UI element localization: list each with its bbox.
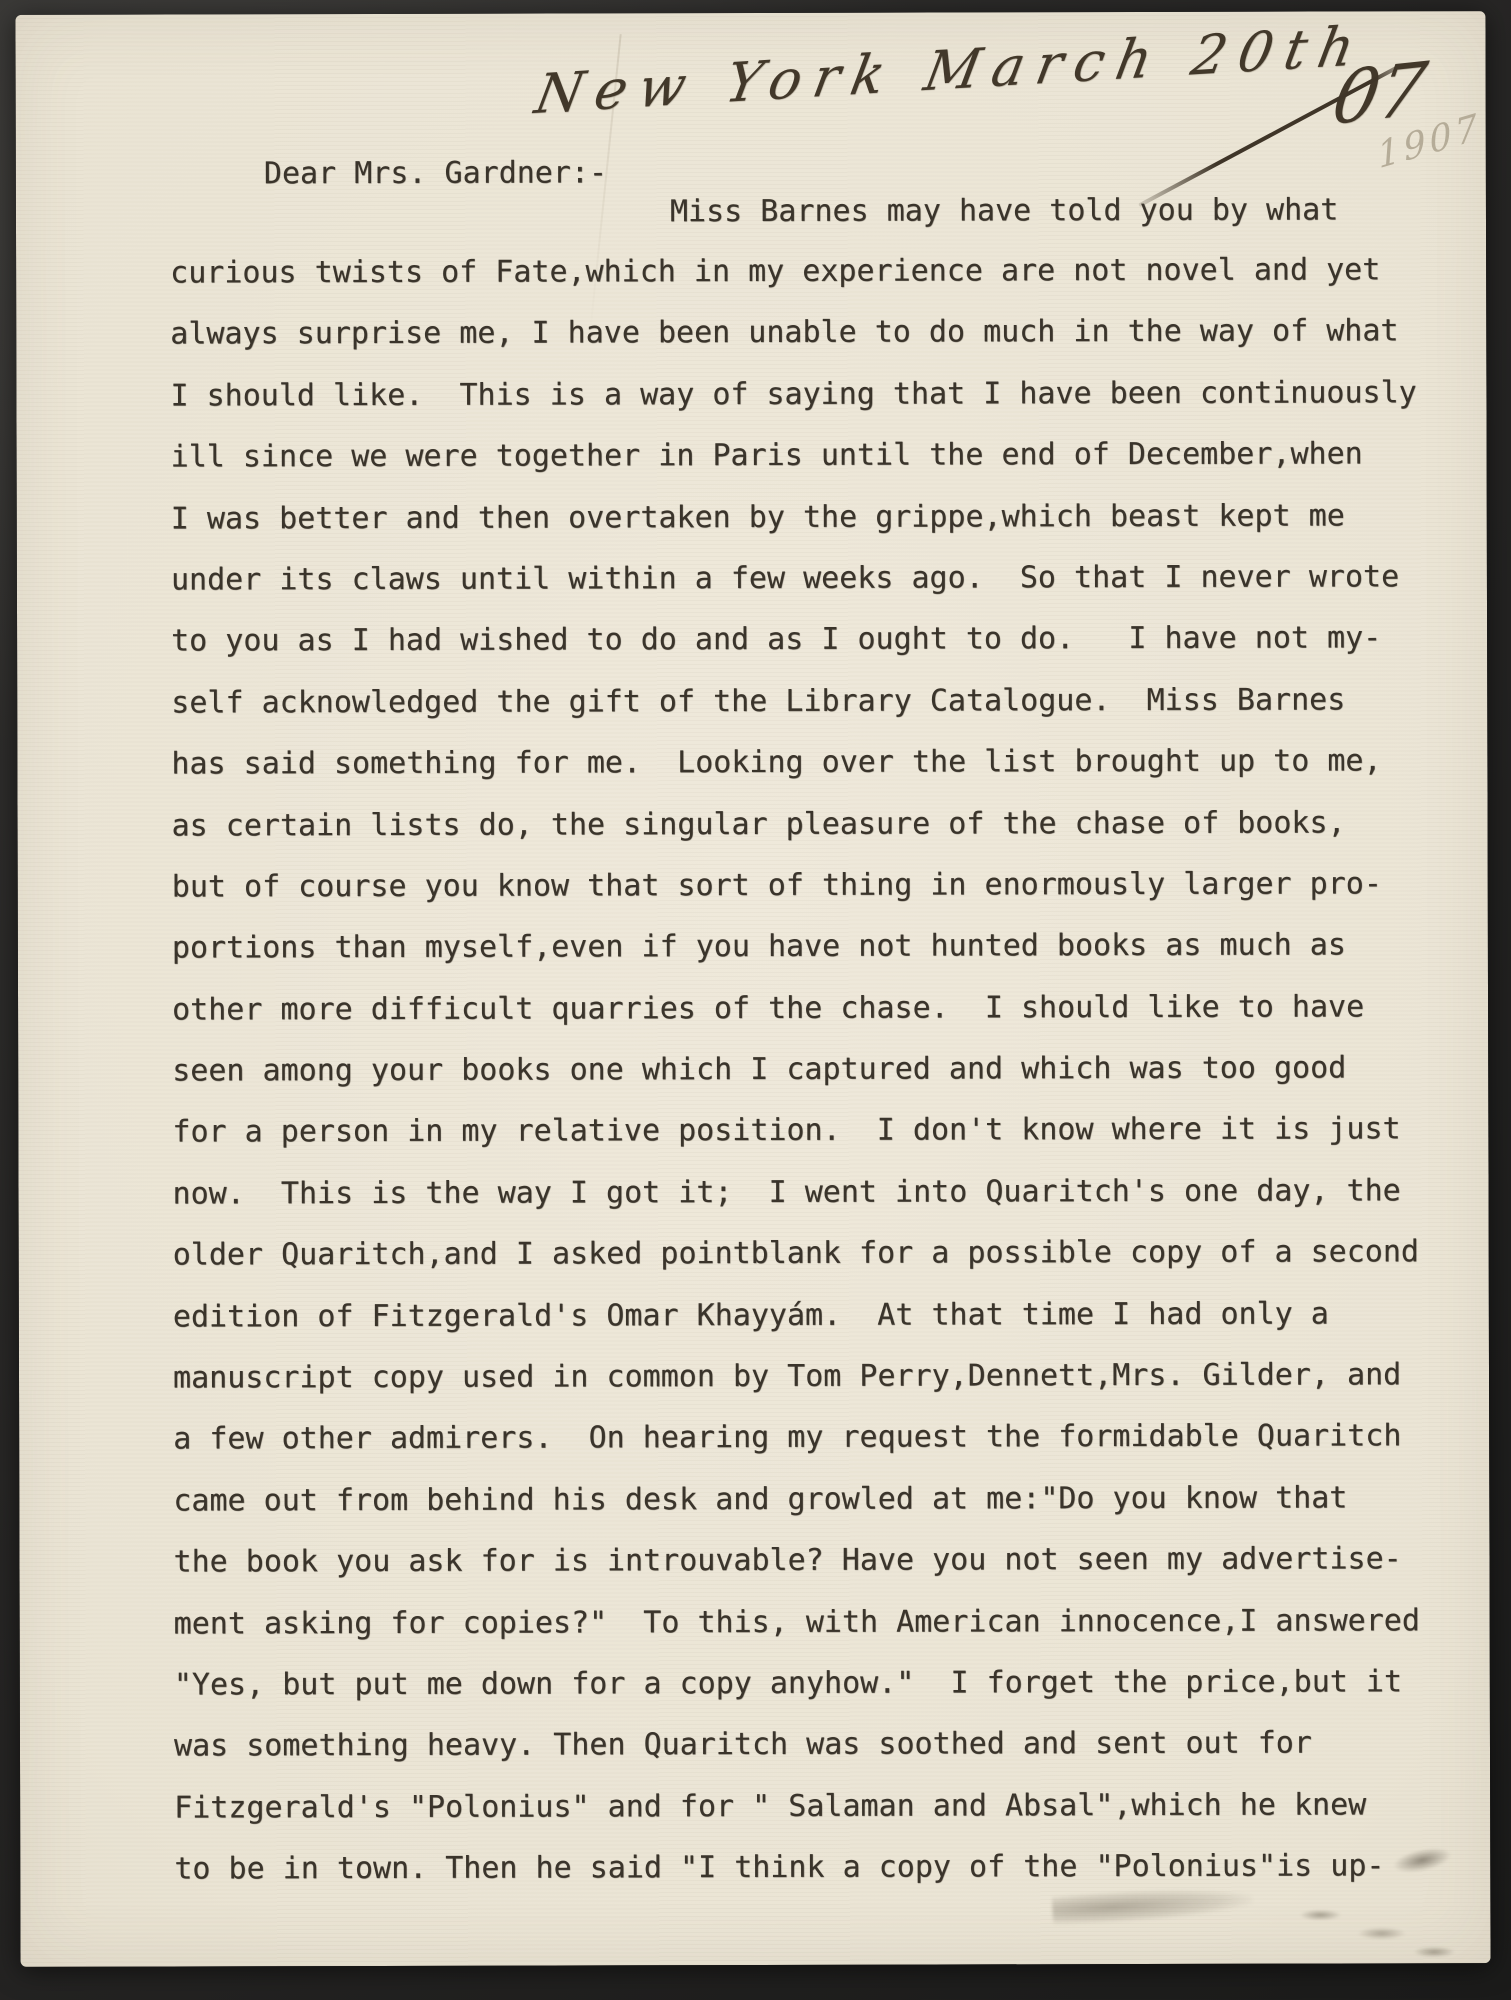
- letter-line: I was better and then overtaken by the g…: [171, 485, 1461, 550]
- ink-smudge: [1285, 1899, 1460, 1961]
- letter-line: older Quaritch,and I asked pointblank fo…: [173, 1221, 1463, 1286]
- letter-line: self acknowledged the gift of the Librar…: [171, 669, 1461, 734]
- letter-line: now. This is the way I got it; I went in…: [172, 1160, 1462, 1225]
- letter-line: has said something for me. Looking over …: [171, 730, 1461, 795]
- letter-line: as certain lists do, the singular pleasu…: [171, 792, 1461, 857]
- letter-line: I should like. This is a way of saying t…: [170, 362, 1460, 427]
- letter-line: seen among your books one which I captur…: [172, 1037, 1462, 1102]
- salutation: Dear Mrs. Gardner:-: [264, 155, 607, 192]
- letter-line: was something heavy. Then Quaritch was s…: [174, 1713, 1464, 1778]
- letter-page: New York March 20th 07 1907 Dear Mrs. Ga…: [15, 11, 1490, 1967]
- letter-line: under its claws until within a few weeks…: [171, 546, 1461, 611]
- handwritten-date: New York March 20th: [530, 14, 1371, 126]
- letter-line: came out from behind his desk and growle…: [173, 1467, 1463, 1532]
- letter-line: Fitzgerald's "Polonius" and for " Salama…: [174, 1774, 1464, 1839]
- letter-line: manuscript copy used in common by Tom Pe…: [173, 1344, 1463, 1409]
- letter-line: the book you ask for is introuvable? Hav…: [173, 1528, 1463, 1593]
- letter-line: ment asking for copies?" To this, with A…: [174, 1590, 1464, 1655]
- letter-line: always surprise me, I have been unable t…: [170, 301, 1460, 366]
- letter-line: but of course you know that sort of thin…: [172, 853, 1462, 918]
- letter-line: other more difficult quarries of the cha…: [172, 976, 1462, 1041]
- letter-line: edition of Fitzgerald's Omar Khayyám. At…: [173, 1283, 1463, 1348]
- letter-line: ill since we were together in Paris unti…: [171, 423, 1461, 488]
- letter-line: a few other admirers. On hearing my requ…: [173, 1406, 1463, 1471]
- opening-line: Miss Barnes may have told you by what: [670, 192, 1338, 230]
- letter-line: to you as I had wished to do and as I ou…: [171, 607, 1461, 672]
- photo-background: New York March 20th 07 1907 Dear Mrs. Ga…: [0, 0, 1511, 2000]
- letter-line: portions than myself,even if you have no…: [172, 914, 1462, 979]
- letter-line: curious twists of Fate,which in my exper…: [170, 239, 1460, 304]
- letter-line: for a person in my relative position. I …: [172, 1099, 1462, 1164]
- letter-body: curious twists of Fate,which in my exper…: [170, 239, 1464, 1900]
- letter-line: to be in town. Then he said "I think a c…: [174, 1835, 1464, 1900]
- letter-line: "Yes, but put me down for a copy anyhow.…: [174, 1651, 1464, 1716]
